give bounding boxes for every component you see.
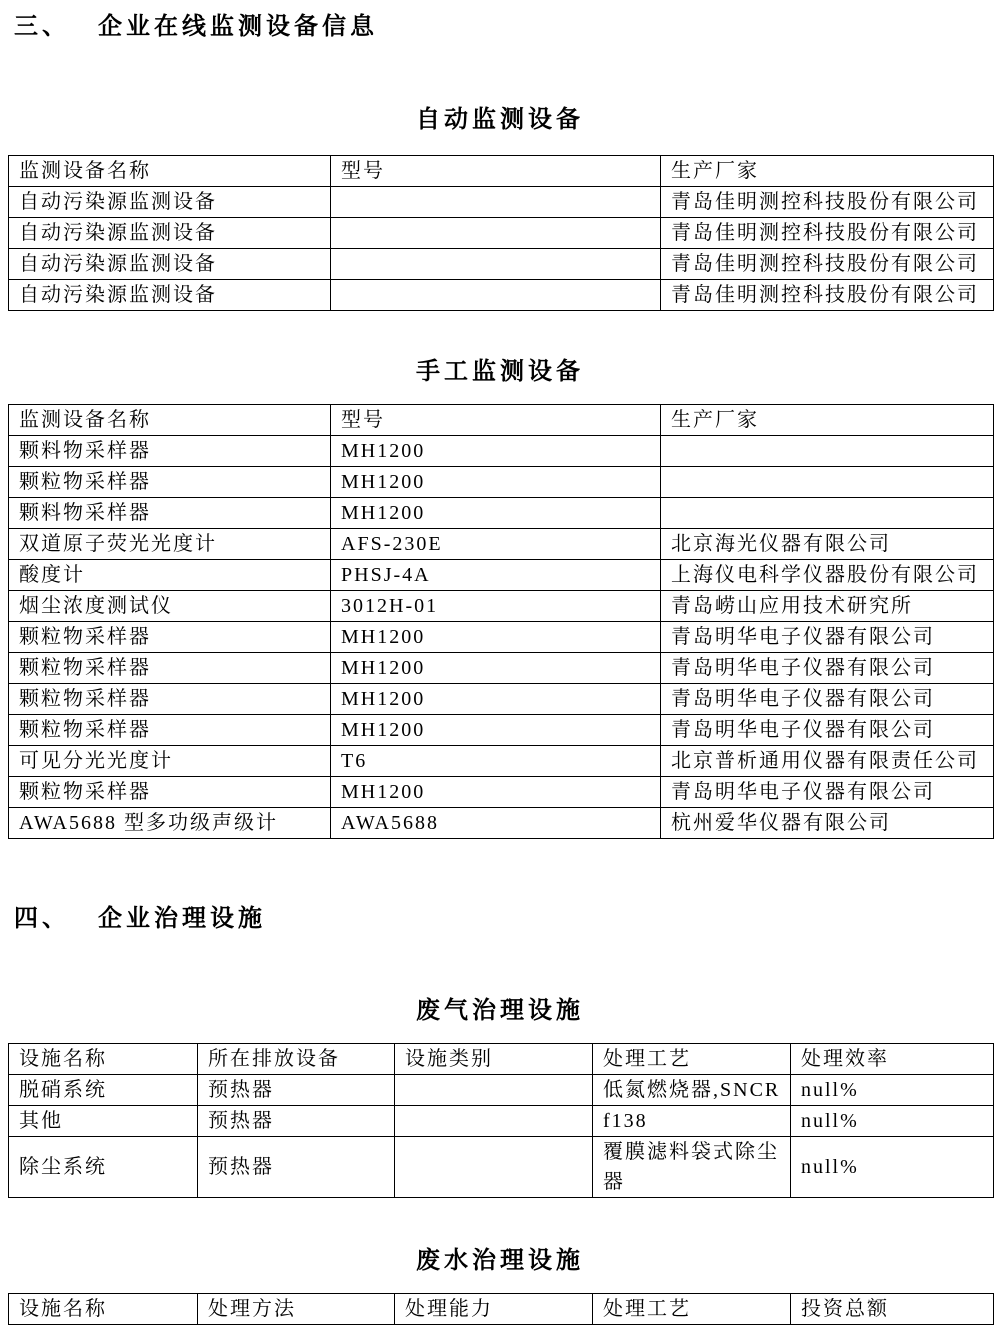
manual-table-title: 手工监测设备 — [0, 355, 1000, 389]
table-cell: 覆膜滤料袋式除尘器 — [593, 1137, 791, 1198]
table-row: 自动污染源监测设备青岛佳明测控科技股份有限公司 — [9, 280, 994, 311]
column-header: 处理效率 — [791, 1044, 994, 1075]
table-cell: 青岛明华电子仪器有限公司 — [661, 653, 994, 684]
table-cell: 青岛佳明测控科技股份有限公司 — [661, 280, 994, 311]
table-cell: 自动污染源监测设备 — [9, 218, 331, 249]
table-header-row: 设施名称 处理方法 处理能力 处理工艺 投资总额 — [9, 1294, 994, 1325]
table-cell: 可见分光光度计 — [9, 746, 331, 777]
table-cell: MH1200 — [331, 436, 661, 467]
table-cell: AFS-230E — [331, 529, 661, 560]
column-header: 所在排放设备 — [198, 1044, 395, 1075]
table-cell: 青岛明华电子仪器有限公司 — [661, 777, 994, 808]
table-cell: T6 — [331, 746, 661, 777]
table-cell — [395, 1075, 593, 1106]
table-cell: 3012H-01 — [331, 591, 661, 622]
table-row: 颗粒物采样器MH1200 — [9, 467, 994, 498]
table-cell: 颗粒物采样器 — [9, 653, 331, 684]
table-cell: PHSJ-4A — [331, 560, 661, 591]
table-cell: 青岛佳明测控科技股份有限公司 — [661, 249, 994, 280]
table-cell — [395, 1106, 593, 1137]
column-header: 生产厂家 — [661, 156, 994, 187]
column-header: 处理工艺 — [593, 1044, 791, 1075]
table-row: 颗粒物采样器MH1200青岛明华电子仪器有限公司 — [9, 777, 994, 808]
table-cell: 颗粒物采样器 — [9, 622, 331, 653]
column-header: 监测设备名称 — [9, 156, 331, 187]
table-cell: 青岛佳明测控科技股份有限公司 — [661, 218, 994, 249]
auto-table-title: 自动监测设备 — [0, 103, 1000, 137]
auto-table-header: 监测设备名称 型号 生产厂家 — [9, 156, 994, 187]
manual-table-body: 颗料物采样器MH1200颗粒物采样器MH1200颗料物采样器MH1200双道原子… — [9, 436, 994, 839]
table-row: 除尘系统预热器覆膜滤料袋式除尘器null% — [9, 1137, 994, 1198]
table-cell: 颗粒物采样器 — [9, 684, 331, 715]
column-header: 设施名称 — [9, 1294, 198, 1325]
table-cell: 除尘系统 — [9, 1137, 198, 1198]
section-3-title: 企业在线监测设备信息 — [98, 14, 378, 40]
section-3-heading: 三、企业在线监测设备信息 — [0, 10, 1000, 44]
table-cell: 颗粒物采样器 — [9, 715, 331, 746]
table-row: 可见分光光度计T6北京普析通用仪器有限责任公司 — [9, 746, 994, 777]
table-cell: MH1200 — [331, 653, 661, 684]
waste-water-table-header: 设施名称 处理方法 处理能力 处理工艺 投资总额 — [9, 1294, 994, 1325]
table-row: 颗料物采样器MH1200 — [9, 498, 994, 529]
table-cell: 酸度计 — [9, 560, 331, 591]
table-cell: MH1200 — [331, 622, 661, 653]
column-header: 监测设备名称 — [9, 405, 331, 436]
table-row: 烟尘浓度测试仪3012H-01青岛崂山应用技术研究所 — [9, 591, 994, 622]
table-cell: 颗料物采样器 — [9, 498, 331, 529]
table-row: 其他预热器f138null% — [9, 1106, 994, 1137]
waste-gas-treatment-table: 设施名称 所在排放设备 设施类别 处理工艺 处理效率 脱硝系统预热器低氮燃烧器,… — [8, 1043, 994, 1198]
table-cell: null% — [791, 1075, 994, 1106]
table-cell — [395, 1137, 593, 1198]
table-row: 颗粒物采样器MH1200青岛明华电子仪器有限公司 — [9, 715, 994, 746]
table-cell: 预热器 — [198, 1137, 395, 1198]
table-row: 颗粒物采样器MH1200青岛明华电子仪器有限公司 — [9, 622, 994, 653]
table-cell: 低氮燃烧器,SNCR — [593, 1075, 791, 1106]
table-cell: 双道原子荧光光度计 — [9, 529, 331, 560]
section-3-number: 三、 — [14, 14, 70, 40]
table-header-row: 监测设备名称 型号 生产厂家 — [9, 156, 994, 187]
table-cell: 颗粒物采样器 — [9, 777, 331, 808]
column-header: 投资总额 — [791, 1294, 994, 1325]
table-cell — [661, 467, 994, 498]
table-cell: MH1200 — [331, 777, 661, 808]
table-cell: 青岛佳明测控科技股份有限公司 — [661, 187, 994, 218]
table-row: 自动污染源监测设备青岛佳明测控科技股份有限公司 — [9, 249, 994, 280]
column-header: 型号 — [331, 405, 661, 436]
column-header: 处理工艺 — [593, 1294, 791, 1325]
table-cell: null% — [791, 1137, 994, 1198]
table-cell: AWA5688 型多功级声级计 — [9, 808, 331, 839]
table-cell: 预热器 — [198, 1075, 395, 1106]
table-header-row: 设施名称 所在排放设备 设施类别 处理工艺 处理效率 — [9, 1044, 994, 1075]
column-header: 设施名称 — [9, 1044, 198, 1075]
waste-gas-table-header: 设施名称 所在排放设备 设施类别 处理工艺 处理效率 — [9, 1044, 994, 1075]
table-cell — [661, 498, 994, 529]
table-cell: 青岛明华电子仪器有限公司 — [661, 684, 994, 715]
table-cell: 青岛明华电子仪器有限公司 — [661, 715, 994, 746]
table-cell — [331, 187, 661, 218]
table-row: 自动污染源监测设备青岛佳明测控科技股份有限公司 — [9, 218, 994, 249]
table-cell: 北京海光仪器有限公司 — [661, 529, 994, 560]
table-cell: 其他 — [9, 1106, 198, 1137]
table-row: 颗粒物采样器MH1200青岛明华电子仪器有限公司 — [9, 684, 994, 715]
auto-monitoring-table: 监测设备名称 型号 生产厂家 自动污染源监测设备青岛佳明测控科技股份有限公司自动… — [8, 155, 994, 311]
table-cell: 杭州爱华仪器有限公司 — [661, 808, 994, 839]
column-header: 处理能力 — [395, 1294, 593, 1325]
table-cell: 脱硝系统 — [9, 1075, 198, 1106]
table-cell: MH1200 — [331, 715, 661, 746]
table-row: 自动污染源监测设备青岛佳明测控科技股份有限公司 — [9, 187, 994, 218]
table-cell — [331, 218, 661, 249]
column-header: 处理方法 — [198, 1294, 395, 1325]
table-cell: 青岛明华电子仪器有限公司 — [661, 622, 994, 653]
table-row: 颗粒物采样器MH1200青岛明华电子仪器有限公司 — [9, 653, 994, 684]
waste-water-treatment-table: 设施名称 处理方法 处理能力 处理工艺 投资总额 — [8, 1293, 994, 1325]
section-4-number: 四、 — [14, 906, 70, 932]
manual-table-header: 监测设备名称 型号 生产厂家 — [9, 405, 994, 436]
section-4-title: 企业治理设施 — [98, 906, 266, 932]
table-cell: 上海仪电科学仪器股份有限公司 — [661, 560, 994, 591]
table-cell: 颗料物采样器 — [9, 436, 331, 467]
table-cell: MH1200 — [331, 684, 661, 715]
table-cell: 烟尘浓度测试仪 — [9, 591, 331, 622]
table-cell: 颗粒物采样器 — [9, 467, 331, 498]
table-row: AWA5688 型多功级声级计AWA5688杭州爱华仪器有限公司 — [9, 808, 994, 839]
manual-monitoring-table: 监测设备名称 型号 生产厂家 颗料物采样器MH1200颗粒物采样器MH1200颗… — [8, 404, 994, 839]
table-cell: null% — [791, 1106, 994, 1137]
table-cell — [331, 249, 661, 280]
table-cell: 自动污染源监测设备 — [9, 187, 331, 218]
column-header: 设施类别 — [395, 1044, 593, 1075]
table-cell: MH1200 — [331, 498, 661, 529]
section-4-heading: 四、企业治理设施 — [0, 902, 1000, 936]
table-row: 脱硝系统预热器低氮燃烧器,SNCRnull% — [9, 1075, 994, 1106]
table-cell: 自动污染源监测设备 — [9, 249, 331, 280]
table-row: 双道原子荧光光度计AFS-230E北京海光仪器有限公司 — [9, 529, 994, 560]
table-cell: MH1200 — [331, 467, 661, 498]
table-cell — [661, 436, 994, 467]
table-cell — [331, 280, 661, 311]
waste-gas-table-title: 废气治理设施 — [0, 994, 1000, 1028]
column-header: 生产厂家 — [661, 405, 994, 436]
waste-gas-table-body: 脱硝系统预热器低氮燃烧器,SNCRnull%其他预热器f138null%除尘系统… — [9, 1075, 994, 1198]
auto-table-body: 自动污染源监测设备青岛佳明测控科技股份有限公司自动污染源监测设备青岛佳明测控科技… — [9, 187, 994, 311]
table-cell: 青岛崂山应用技术研究所 — [661, 591, 994, 622]
table-header-row: 监测设备名称 型号 生产厂家 — [9, 405, 994, 436]
table-cell: AWA5688 — [331, 808, 661, 839]
table-cell: f138 — [593, 1106, 791, 1137]
waste-water-table-title: 废水治理设施 — [0, 1244, 1000, 1278]
table-cell: 自动污染源监测设备 — [9, 280, 331, 311]
table-cell: 北京普析通用仪器有限责任公司 — [661, 746, 994, 777]
table-cell: 预热器 — [198, 1106, 395, 1137]
table-row: 颗料物采样器MH1200 — [9, 436, 994, 467]
table-row: 酸度计PHSJ-4A上海仪电科学仪器股份有限公司 — [9, 560, 994, 591]
column-header: 型号 — [331, 156, 661, 187]
